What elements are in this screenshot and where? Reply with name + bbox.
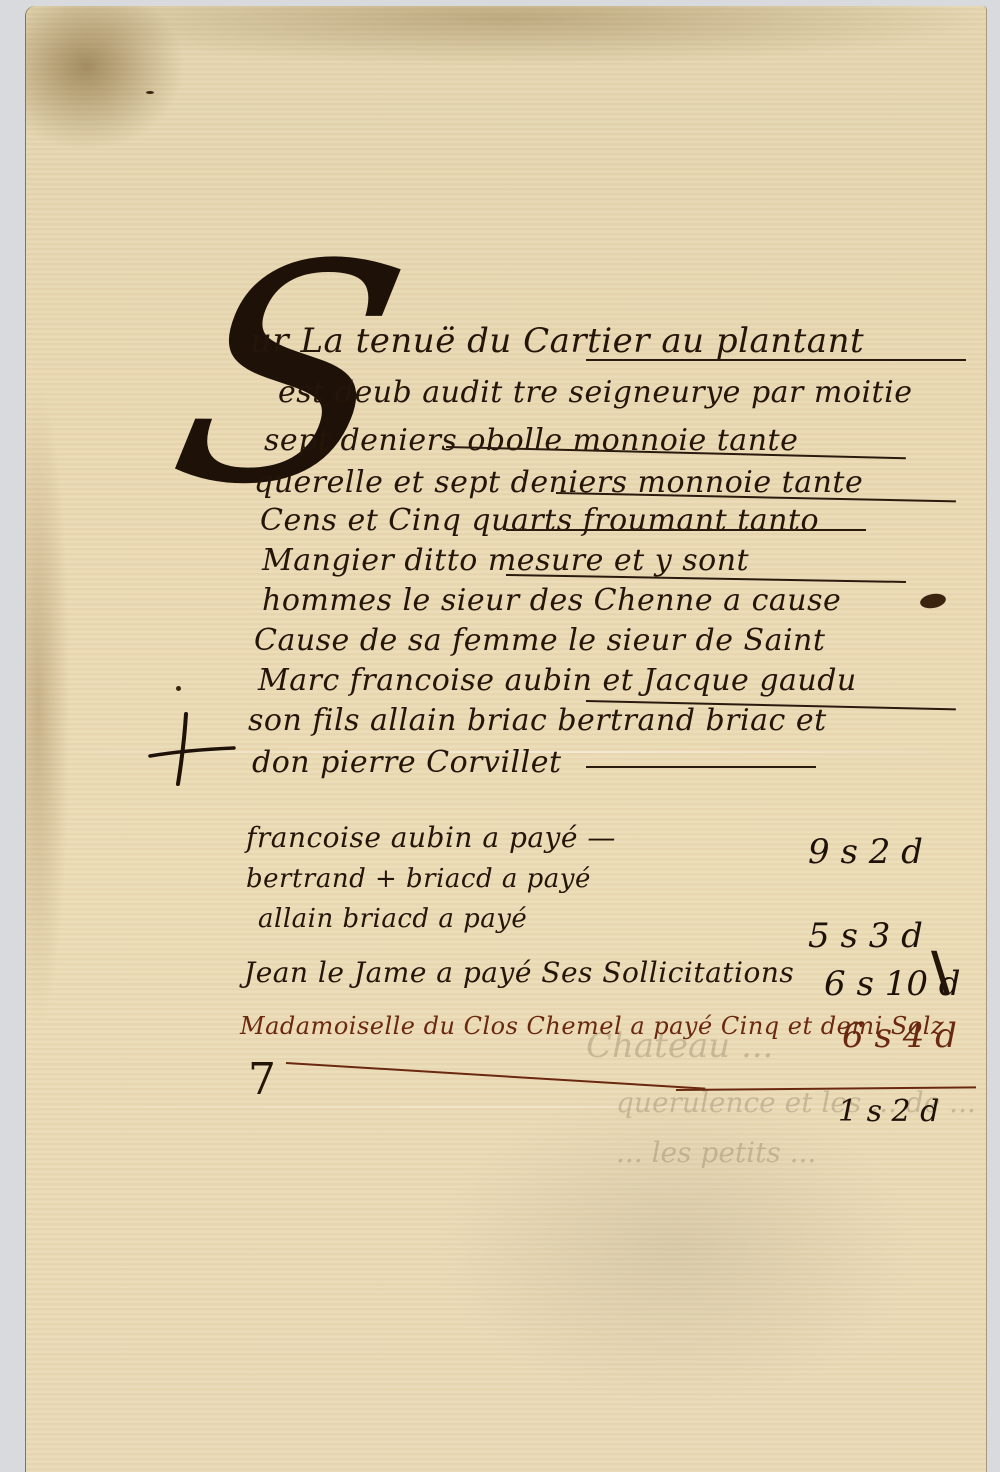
paragraph-line-2: est deub audit tre seigneurye par moitie bbox=[278, 378, 912, 408]
ledger-amount-3: 5 s 3 d bbox=[808, 916, 923, 956]
strike-line bbox=[286, 1062, 705, 1090]
ledger-entry-5: Madamoiselle du Clos Chemel a payé Cinq … bbox=[240, 1012, 944, 1040]
margin-cross-icon bbox=[146, 706, 236, 786]
manuscript-page: Chateau ... querulence et les ... de ...… bbox=[26, 6, 986, 1472]
paragraph-line-8: Cause de sa femme le sieur de Saint bbox=[254, 626, 825, 656]
underline-stroke bbox=[586, 359, 966, 361]
ledger-amount-1: 9 s 2 d bbox=[808, 832, 923, 872]
manuscript-scan: Chateau ... querulence et les ... de ...… bbox=[0, 0, 1000, 1472]
underline-stroke bbox=[506, 529, 866, 531]
ink-speck bbox=[176, 686, 181, 691]
paragraph-line-11: don pierre Corvillet bbox=[252, 748, 562, 778]
ink-blot bbox=[919, 592, 947, 610]
paragraph-line-10: son fils allain briac bertrand briac et bbox=[248, 706, 827, 736]
ledger-entry-3: allain briacd a payé bbox=[258, 904, 527, 934]
paragraph-line-1: ur La tenuë du Cartier au plantant bbox=[250, 326, 864, 356]
ink-speck bbox=[146, 91, 154, 94]
paragraph-line-7: hommes le sieur des Chenne a cause bbox=[262, 586, 841, 616]
ledger-entry-2: bertrand + briacd a payé bbox=[246, 864, 591, 894]
paragraph-line-6: Mangier ditto mesure et y sont bbox=[262, 546, 749, 576]
ledger-amount-6: 1 s 2 d bbox=[838, 1094, 939, 1129]
ledger-entry-6: 7 bbox=[248, 1054, 277, 1105]
bleed-through-text: ... les petits ... bbox=[616, 1136, 816, 1169]
margin-slash-mark: \ bbox=[931, 941, 951, 1002]
underline-stroke bbox=[586, 766, 816, 768]
ledger-entry-1: francoise aubin a payé — bbox=[246, 821, 616, 854]
paragraph-line-5: Cens et Cinq quarts froumant tanto bbox=[260, 506, 819, 536]
ledger-amount-5: 6 s 4 d bbox=[842, 1016, 957, 1056]
paragraph-line-3: sept deniers obolle monnoie tante bbox=[264, 426, 798, 456]
ledger-entry-4: Jean le Jame a payé Ses Sollicitations bbox=[244, 956, 794, 989]
paragraph-line-9: Marc francoise aubin et Jacque gaudu bbox=[258, 666, 857, 696]
